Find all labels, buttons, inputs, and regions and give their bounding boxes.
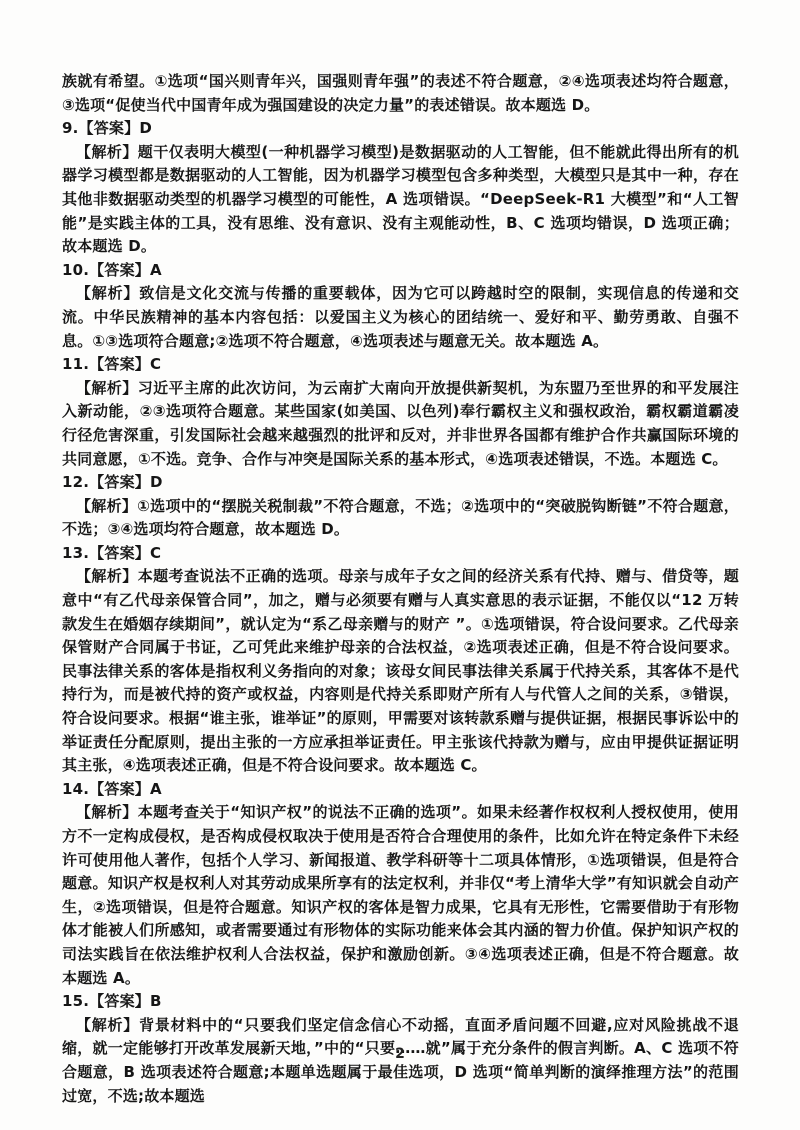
answer-line-q13: 13.【答案】C [62, 542, 739, 566]
answer-line-q12: 12.【答案】D [62, 471, 739, 495]
analysis-paragraph-q12: 【解析】①选项中的“摆脱关税制裁”不符合题意，不选；②选项中的“突破脱钩断链”不… [62, 495, 739, 542]
continuation-paragraph-q8: 族就有希望。①选项“国兴则青年兴，国强则青年强”的表述不符合题意，②④选项表述均… [62, 70, 739, 117]
analysis-paragraph-q9: 【解析】题干仅表明大模型(一种机器学习模型)是数据驱动的人工智能，但不能就此得出… [62, 141, 739, 259]
answer-line-q11: 11.【答案】C [62, 353, 739, 377]
answer-line-q14: 14.【答案】A [62, 778, 739, 802]
answer-line-q9: 9.【答案】D [62, 117, 739, 141]
analysis-paragraph-q11: 【解析】习近平主席的此次访问，为云南扩大南向开放提供新契机，为东盟乃至世界的和平… [62, 377, 739, 471]
analysis-paragraph-q13: 【解析】本题考查说法不正确的选项。母亲与成年子女之间的经济关系有代持、赠与、借贷… [62, 565, 739, 777]
answer-key-content: 族就有希望。①选项“国兴则青年兴，国强则青年强”的表述不符合题意，②④选项表述均… [62, 70, 739, 1108]
document-page: 族就有希望。①选项“国兴则青年兴，国强则青年强”的表述不符合题意，②④选项表述均… [0, 0, 800, 1130]
answer-line-q15: 15.【答案】B [62, 990, 739, 1014]
answer-line-q10: 10.【答案】A [62, 259, 739, 283]
analysis-paragraph-q14: 【解析】本题考查关于“知识产权”的说法不正确的选项”。如果未经著作权权利人授权使… [62, 801, 739, 990]
analysis-paragraph-q10: 【解析】致信是文化交流与传播的重要载体，因为它可以跨越时空的限制，实现信息的传递… [62, 282, 739, 353]
page-number: 2 [0, 1046, 800, 1062]
